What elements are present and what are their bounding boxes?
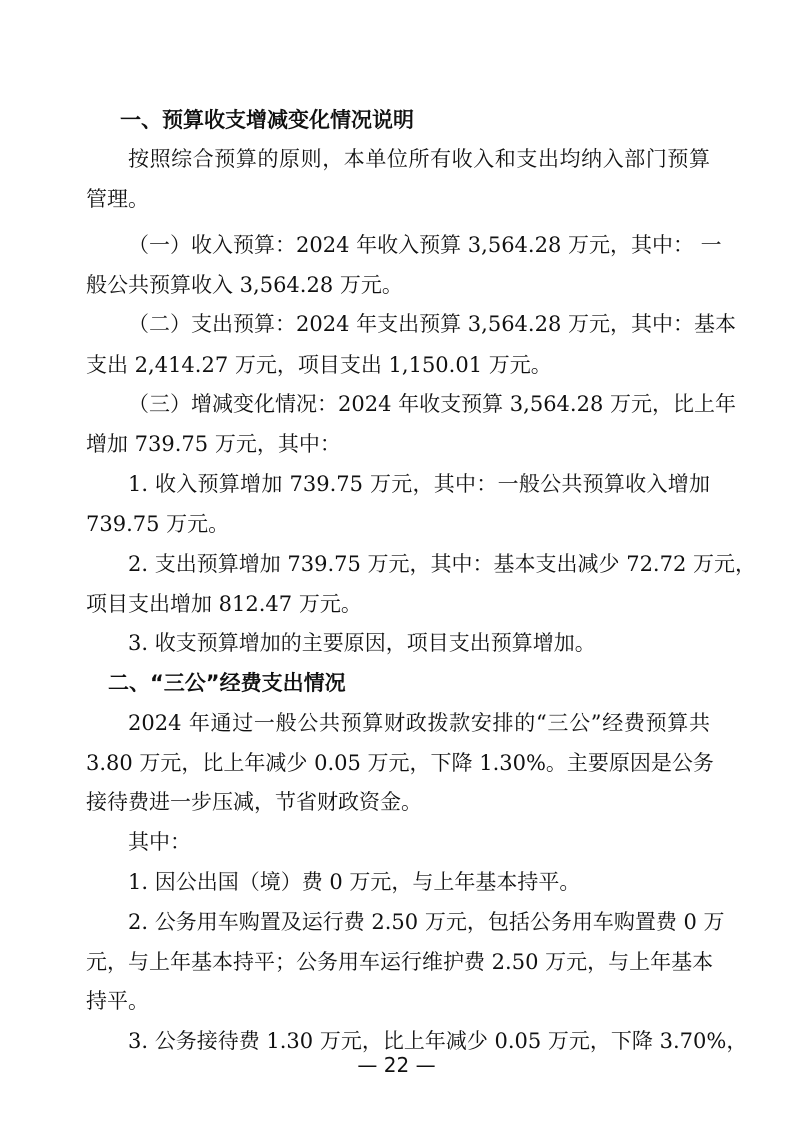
paragraph-line: （一）收入预算：2024 年收入预算 3,564.28 万元，其中： 一	[128, 231, 710, 259]
paragraph-line: 1. 因公出国（境）费 0 万元，与上年基本持平。	[128, 868, 710, 896]
page-number: — 22 —	[0, 1052, 793, 1078]
paragraph-line: 2. 支出预算增加 739.75 万元，其中：基本支出减少 72.72 万元，	[128, 550, 710, 578]
paragraph-line: 增加 739.75 万元，其中：	[86, 430, 710, 458]
paragraph-line: 按照综合预算的原则，本单位所有收入和支出均纳入部门预算	[128, 145, 710, 173]
paragraph-line: 3. 收支预算增加的主要原因，项目支出预算增加。	[128, 629, 710, 657]
paragraph-line: 接待费进一步压减，节省财政资金。	[86, 788, 710, 816]
paragraph-line: 1. 收入预算增加 739.75 万元，其中：一般公共预算收入增加	[128, 470, 710, 498]
paragraph-line: 739.75 万元。	[86, 510, 710, 538]
paragraph-line: （二）支出预算：2024 年支出预算 3,564.28 万元，其中：基本	[128, 310, 710, 338]
paragraph-line: 持平。	[86, 987, 710, 1015]
paragraph-line: 元，与上年基本持平；公务用车运行维护费 2.50 万元，与上年基本	[86, 948, 710, 976]
paragraph-line: 3.80 万元，比上年减少 0.05 万元，下降 1.30%。主要原因是公务	[86, 749, 710, 777]
paragraph-line: 3. 公务接待费 1.30 万元，比上年减少 0.05 万元，下降 3.70%，	[128, 1027, 710, 1055]
paragraph-line: 管理。	[86, 185, 710, 213]
paragraph-line: 2. 公务用车购置及运行费 2.50 万元，包括公务用车购置费 0 万	[128, 908, 710, 936]
paragraph-line: 2024 年通过一般公共预算财政拨款安排的“三公”经费预算共	[128, 709, 710, 737]
paragraph-line: （三）增减变化情况：2024 年收支预算 3,564.28 万元，比上年	[128, 390, 710, 418]
paragraph-line: 项目支出增加 812.47 万元。	[86, 590, 710, 618]
section-heading-budget-changes: 一、预算收支增减变化情况说明	[120, 106, 414, 134]
section-heading-three-public-expenses: 二、“三公”经费支出情况	[108, 669, 346, 697]
paragraph-line: 其中：	[128, 828, 710, 856]
paragraph-line: 支出 2,414.27 万元，项目支出 1,150.01 万元。	[86, 351, 710, 379]
paragraph-line: 般公共预算收入 3,564.28 万元。	[86, 271, 710, 299]
